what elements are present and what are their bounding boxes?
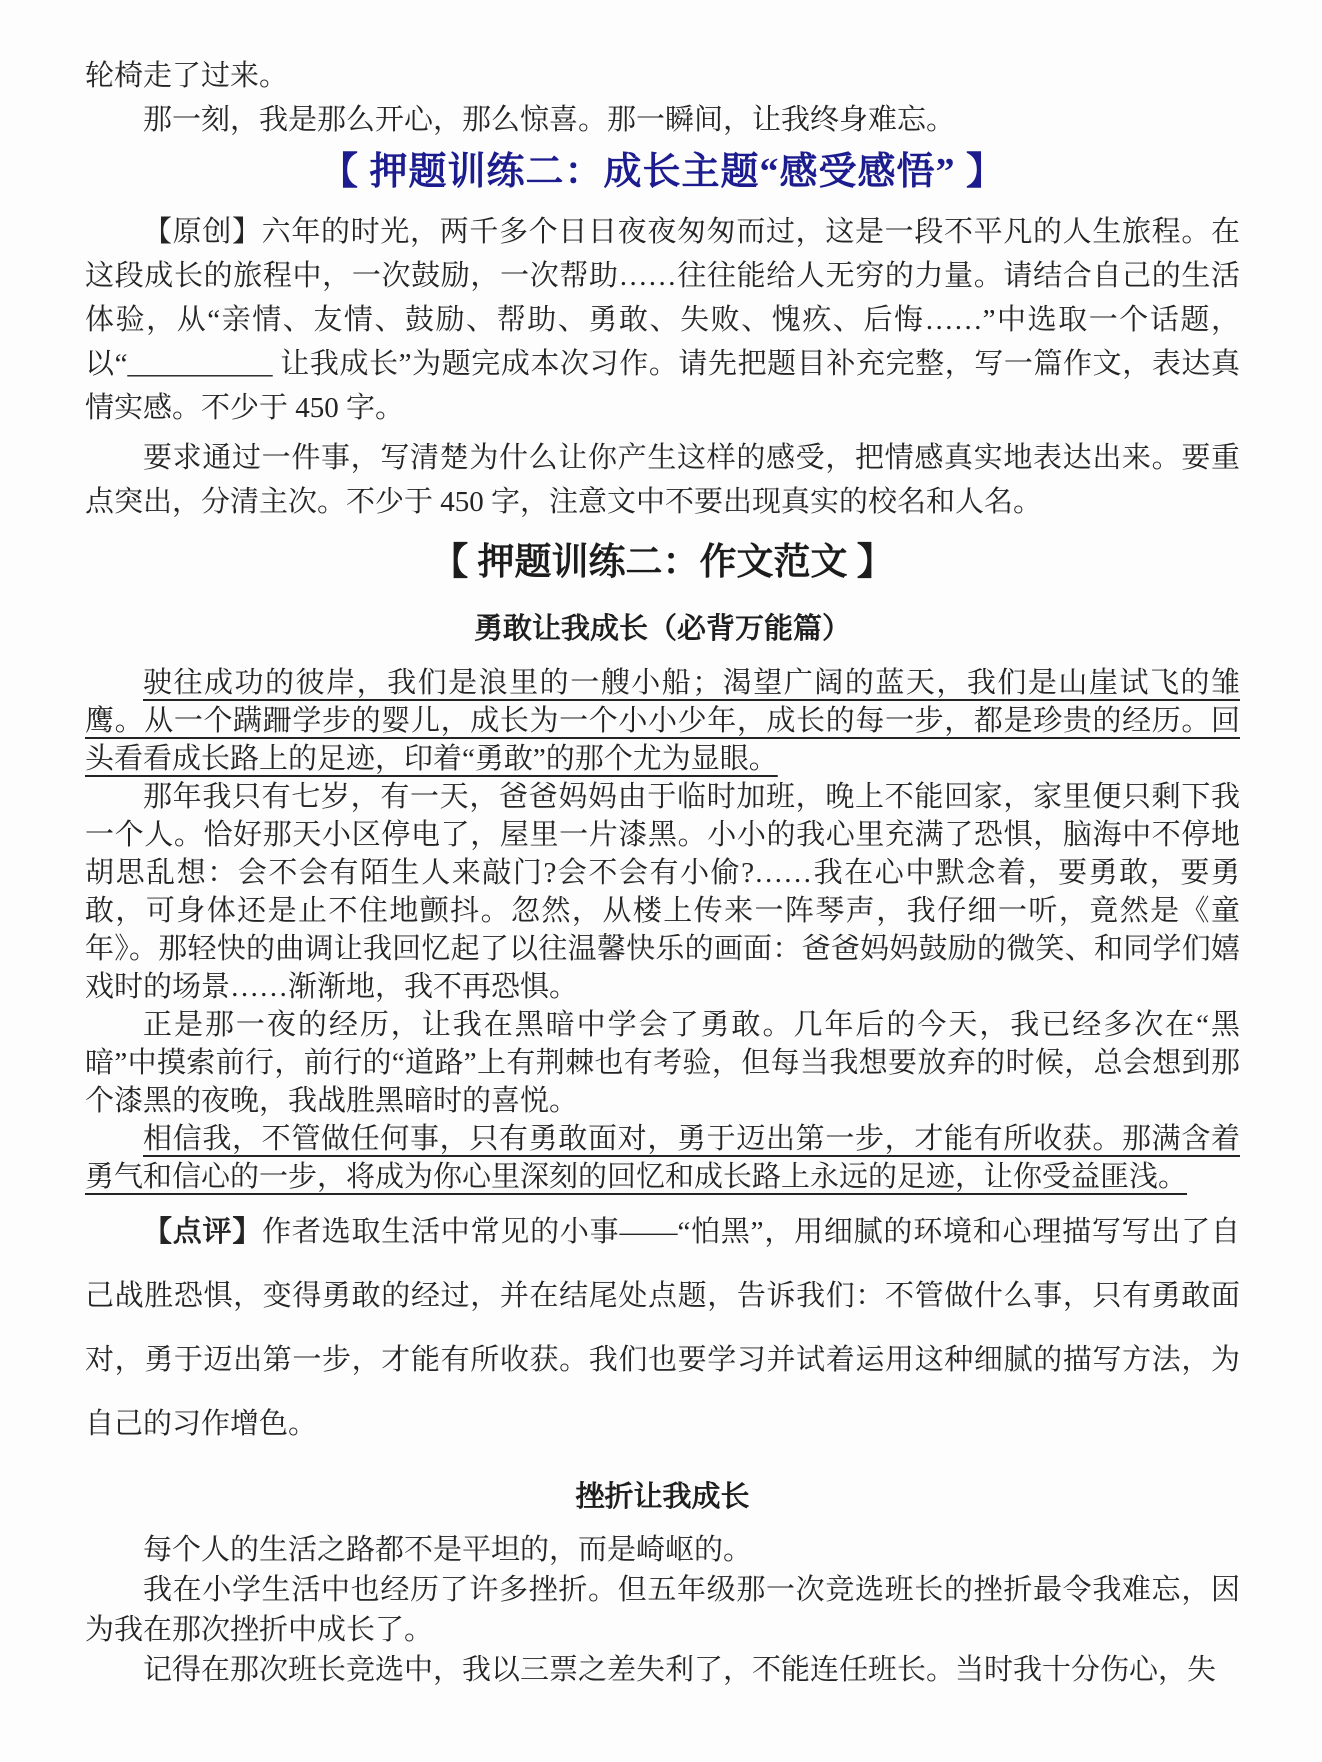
section-heading-black: 【 押题训练二：作文范文 】 (85, 540, 1240, 586)
essay2-paragraph-1: 每个人的生活之路都不是平坦的，而是崎岖的。 (85, 1530, 1240, 1570)
document-page: 轮椅走了过来。 那一刻，我是那么开心，那么惊喜。那一瞬间，让我终身难忘。 【 押… (0, 0, 1322, 1762)
essay1-title: 勇敢让我成长（必背万能篇） (85, 610, 1240, 648)
writing-prompt: 【原创】六年的时光，两千多个日日夜夜匆匆而过，这是一段不平凡的人生旅程。在这段成… (85, 210, 1240, 524)
intro-line-2: 那一刻，我是那么开心，那么惊喜。那一瞬间，让我终身难忘。 (85, 98, 1240, 142)
essay1-opening-underlined: 驶往成功的彼岸，我们是浪里的一艘小船；渴望广阔的蓝天，我们是山崖试飞的雏鹰。从一… (85, 664, 1240, 778)
essay1-paragraph-3: 正是那一夜的经历，让我在黑暗中学会了勇敢。几年后的今天，我已经多次在“黑暗”中摸… (85, 1006, 1240, 1120)
model-essay-1: 勇敢让我成长（必背万能篇） 驶往成功的彼岸，我们是浪里的一艘小船；渴望广阔的蓝天… (85, 610, 1240, 1196)
section-heading-blue: 【 押题训练二：成长主题“感受感悟” 】 (85, 148, 1240, 196)
model-essay-2: 挫折让我成长 每个人的生活之路都不是平坦的，而是崎岖的。 我在小学生活中也经历了… (85, 1478, 1240, 1690)
essay2-paragraph-3: 记得在那次班长竞选中，我以三票之差失利了，不能连任班长。当时我十分伤心，失 (85, 1650, 1240, 1690)
prompt-paragraph-2: 要求通过一件事，写清楚为什么让你产生这样的感受，把情感真实地表达出来。要重点突出… (85, 436, 1240, 524)
essay2-paragraph-2: 我在小学生活中也经历了许多挫折。但五年级那一次竞选班长的挫折最令我难忘，因为我在… (85, 1570, 1240, 1650)
essay2-title: 挫折让我成长 (85, 1478, 1240, 1516)
comment-label: 【点评】 (143, 1216, 262, 1248)
essay1-closing-underlined: 相信我，不管做任何事，只有勇敢面对，勇于迈出第一步，才能有所收获。那满含着勇气和… (85, 1120, 1240, 1196)
comment-text: 作者选取生活中常见的小事——“怕黑”，用细腻的环境和心理描写写出了自己战胜恐惧，… (85, 1216, 1240, 1440)
essay1-paragraph-2: 那年我只有七岁，有一天，爸爸妈妈由于临时加班，晚上不能回家，家里便只剩下我一个人… (85, 778, 1240, 1006)
comment-paragraph: 【点评】作者选取生活中常见的小事——“怕黑”，用细腻的环境和心理描写写出了自己战… (85, 1200, 1240, 1456)
prompt-paragraph-1: 【原创】六年的时光，两千多个日日夜夜匆匆而过，这是一段不平凡的人生旅程。在这段成… (85, 210, 1240, 430)
intro-continuation-line: 轮椅走了过来。 (85, 54, 1240, 98)
